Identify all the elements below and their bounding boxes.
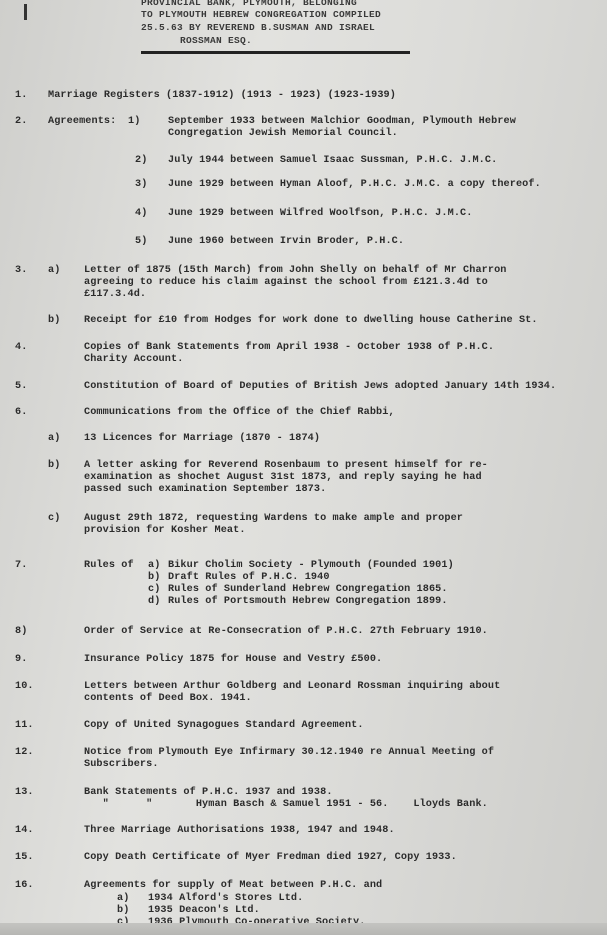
- sub-text: £117.3.4d.: [84, 289, 146, 301]
- sub-text: 1934 Alford's Stores Ltd.: [148, 893, 303, 905]
- sub-text: A letter asking for Reverend Rosenbaum t…: [84, 460, 488, 472]
- sub-text: agreeing to reduce his claim against the…: [84, 277, 488, 289]
- sub-mark: 1): [128, 116, 140, 128]
- sub-mark: b): [48, 315, 60, 327]
- sub-mark: a): [148, 560, 160, 572]
- page-shadow: [0, 923, 607, 935]
- document-page: PROVINCIAL BANK, PLYMOUTH, BELONGING TO …: [0, 0, 607, 935]
- item-label: Rules of: [84, 560, 134, 572]
- sub-text: Receipt for £10 from Hodges for work don…: [84, 315, 538, 327]
- sub-mark: c): [48, 513, 60, 525]
- item-text: Insurance Policy 1875 for House and Vest…: [84, 654, 382, 666]
- item-number: 14.: [15, 825, 34, 837]
- sub-mark: b): [117, 905, 129, 917]
- item-text: Copies of Bank Statements from April 193…: [84, 342, 494, 354]
- sub-text: examination as shochet August 31st 1873,…: [84, 472, 482, 484]
- sub-text: 13 Licences for Marriage (1870 - 1874): [84, 433, 320, 445]
- sub-text: 1935 Deacon's Ltd.: [148, 905, 260, 917]
- item-text: " " Hyman Basch & Samuel 1951 - 56. Lloy…: [84, 799, 488, 811]
- sub-mark: 4): [135, 208, 147, 220]
- item-number: 4.: [15, 342, 27, 354]
- item-number: 15.: [15, 852, 34, 864]
- item-number: 10.: [15, 681, 34, 693]
- sub-text: Congregation Jewish Memorial Council.: [168, 128, 398, 140]
- sub-mark: d): [148, 596, 160, 608]
- item-text: Copy of United Synagogues Standard Agree…: [84, 720, 364, 732]
- sub-text: Letter of 1875 (15th March) from John Sh…: [84, 265, 507, 277]
- item-text: Communications from the Office of the Ch…: [84, 407, 395, 419]
- item-number: 1.: [15, 90, 27, 102]
- sub-mark: a): [117, 893, 129, 905]
- sub-mark: b): [48, 460, 60, 472]
- item-text: Bank Statements of P.H.C. 1937 and 1938.: [84, 787, 333, 799]
- item-text: Order of Service at Re-Consecration of P…: [84, 626, 488, 638]
- item-number: 6.: [15, 407, 27, 419]
- item-number: 12.: [15, 747, 34, 759]
- item-text: Letters between Arthur Goldberg and Leon…: [84, 681, 500, 693]
- item-number: 3.: [15, 265, 27, 277]
- item-number: 2.: [15, 116, 27, 128]
- sub-text: Rules of Sunderland Hebrew Congregation …: [168, 584, 448, 596]
- item-text: Constitution of Board of Deputies of Bri…: [84, 381, 556, 393]
- item-text: Marriage Registers (1837-1912) (1913 - 1…: [48, 90, 396, 102]
- sub-mark: c): [148, 584, 160, 596]
- item-text: contents of Deed Box. 1941.: [84, 693, 252, 705]
- item-text: Notice from Plymouth Eye Infirmary 30.12…: [84, 747, 494, 759]
- sub-text: Bikur Cholim Society - Plymouth (Founded…: [168, 560, 454, 572]
- sub-text: June 1929 between Wilfred Woolfson, P.H.…: [168, 208, 472, 220]
- pen-mark: [24, 4, 27, 20]
- header-line: ROSSMAN ESQ.: [180, 35, 252, 47]
- item-text: Copy Death Certificate of Myer Fredman d…: [84, 852, 457, 864]
- sub-mark: a): [48, 265, 60, 277]
- sub-mark: 3): [135, 179, 147, 191]
- item-number: 16.: [15, 880, 34, 892]
- item-text: Three Marriage Authorisations 1938, 1947…: [84, 825, 395, 837]
- sub-text: June 1929 between Hyman Aloof, P.H.C. J.…: [168, 179, 541, 191]
- sub-text: July 1944 between Samuel Isaac Sussman, …: [168, 155, 497, 167]
- sub-text: Draft Rules of P.H.C. 1940: [168, 572, 330, 584]
- item-number: 7.: [15, 560, 27, 572]
- item-number: 8): [15, 626, 27, 638]
- item-number: 13.: [15, 787, 34, 799]
- item-text: Subscribers.: [84, 759, 159, 771]
- sub-text: provision for Kosher Meat.: [84, 525, 246, 537]
- sub-mark: 2): [135, 155, 147, 167]
- header-rule: [141, 51, 410, 54]
- header-line: PROVINCIAL BANK, PLYMOUTH, BELONGING: [141, 0, 357, 9]
- sub-text: September 1933 between Malchior Goodman,…: [168, 116, 516, 128]
- item-text: Charity Account.: [84, 354, 183, 366]
- header-line: 25.5.63 BY REVEREND B.SUSMAN AND ISRAEL: [141, 22, 375, 34]
- sub-mark: a): [48, 433, 60, 445]
- sub-mark: 5): [135, 236, 147, 248]
- item-text: Agreements for supply of Meat between P.…: [84, 880, 382, 892]
- sub-text: June 1960 between Irvin Broder, P.H.C.: [168, 236, 404, 248]
- sub-text: August 29th 1872, requesting Wardens to …: [84, 513, 463, 525]
- item-number: 11.: [15, 720, 34, 732]
- sub-text: passed such examination September 1873.: [84, 484, 326, 496]
- sub-text: Rules of Portsmouth Hebrew Congregation …: [168, 596, 448, 608]
- item-label: Agreements:: [48, 116, 116, 128]
- item-number: 9.: [15, 654, 27, 666]
- item-number: 5.: [15, 381, 27, 393]
- sub-mark: b): [148, 572, 160, 584]
- header-line: TO PLYMOUTH HEBREW CONGREGATION COMPILED: [141, 9, 381, 21]
